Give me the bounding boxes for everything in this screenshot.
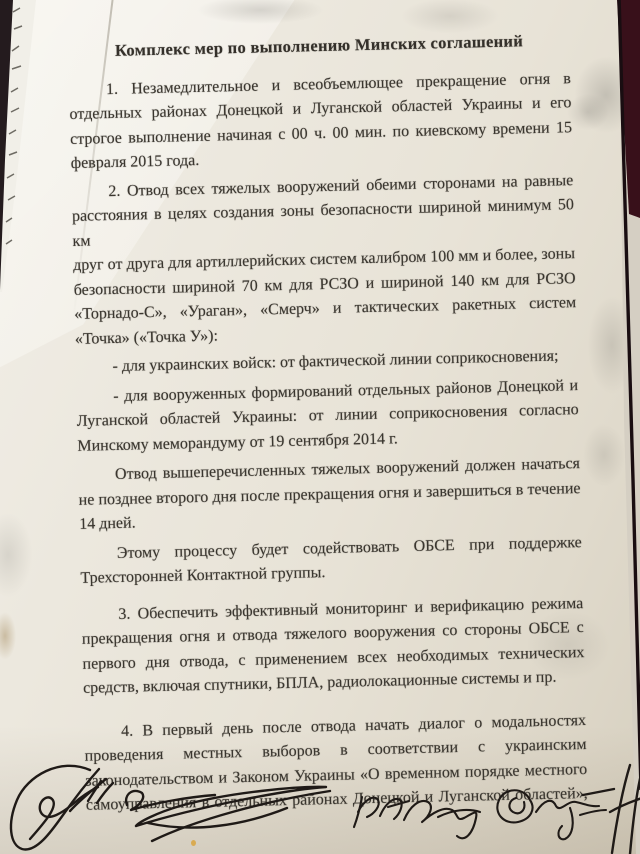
document-photo: Комплекс мер по выполнению Минских согла… bbox=[0, 0, 640, 854]
document-body: 1. Незамедлительное и всеобъемлющее прек… bbox=[69, 67, 588, 819]
document-text: Комплекс мер по выполнению Минских согла… bbox=[68, 28, 588, 818]
paragraph: 4. В первый день после отвода начать диа… bbox=[84, 708, 588, 818]
paragraph: 3. Обеспечить эффективный мониторинг и в… bbox=[81, 592, 585, 702]
paragraph: 2. Отвод всех тяжелых вооружений обеими … bbox=[71, 169, 577, 352]
paragraph: Этому процессу будет содействовать ОБСЕ … bbox=[80, 531, 583, 592]
paragraph: - для вооруженных формирований отдельных… bbox=[76, 374, 580, 459]
paragraph: 1. Незамедлительное и всеобъемлющее прек… bbox=[69, 67, 573, 177]
paper-speck bbox=[191, 840, 196, 846]
paragraph: Отвод вышеперечисленных тяжелых вооружен… bbox=[78, 452, 582, 537]
